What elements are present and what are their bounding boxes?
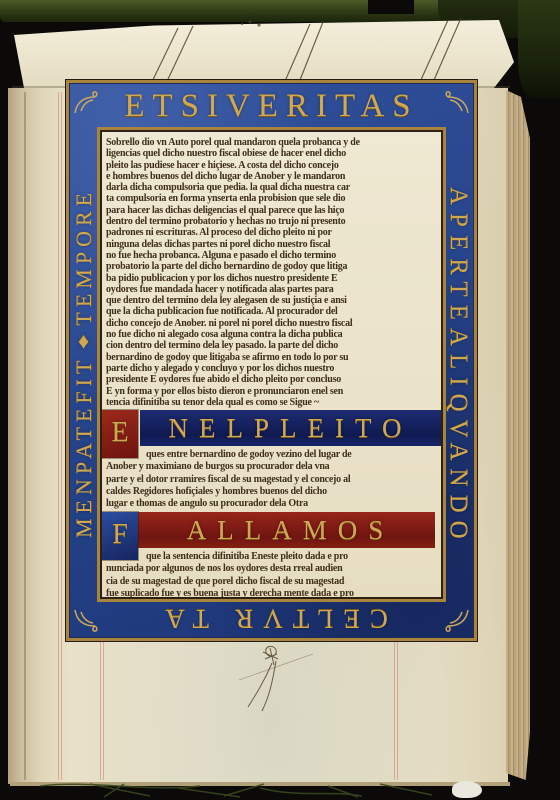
paragraph-sentence: que la sentencia difinitiba Eneste pleit… [102, 551, 441, 599]
ink-dots [241, 20, 261, 26]
fore-edge-page-stack [506, 90, 530, 780]
corner-flourish-icon [442, 87, 472, 117]
motto-top: ETSIVERITAS [69, 86, 474, 126]
paragraph-proceedings: Sobrello dio vn Auto porel qual mandaron… [102, 137, 441, 408]
notary-rubric-mark [233, 644, 323, 716]
corner-flourish-icon [71, 87, 101, 117]
corner-flourish-icon [442, 606, 472, 636]
motto-bottom-inverted: CELTVR TA [69, 601, 474, 637]
illuminated-border-frame: ETSIVERITAS APERTEALIQVANDO MENPATEFIT♦T… [66, 80, 477, 641]
illuminated-initial-e: E [102, 410, 138, 458]
binding-gap [368, 0, 414, 14]
motto-right: APERTEALIQVANDO [443, 135, 472, 598]
gutter-shadow-line [24, 92, 26, 780]
heading-enel-pleito: E NELPLEITO [102, 410, 441, 446]
velvet-binding-corner [518, 0, 560, 98]
heading-word: NELPLEITO [146, 410, 435, 446]
motto-left: MENPATEFIT♦TEMPORE [71, 131, 100, 594]
velvet-fray-threads [28, 760, 468, 798]
paragraph-parties: ques entre bernardino de godoy vezino de… [102, 449, 441, 510]
bottom-highlight-spot [452, 781, 482, 798]
heading-word: ALLAMOS [146, 512, 435, 548]
corner-flourish-icon [71, 606, 101, 636]
manuscript-text-panel: Sobrello dio vn Auto porel qual mandaron… [100, 130, 443, 599]
heading-fallamos: F ALLAMOS [102, 512, 441, 548]
photo-of-illuminated-manuscript: { "photo": { "background_color": "#0b0a0… [0, 0, 560, 800]
ruling-line [58, 92, 59, 780]
illuminated-initial-f: F [102, 512, 138, 560]
ruling-line [61, 92, 62, 780]
